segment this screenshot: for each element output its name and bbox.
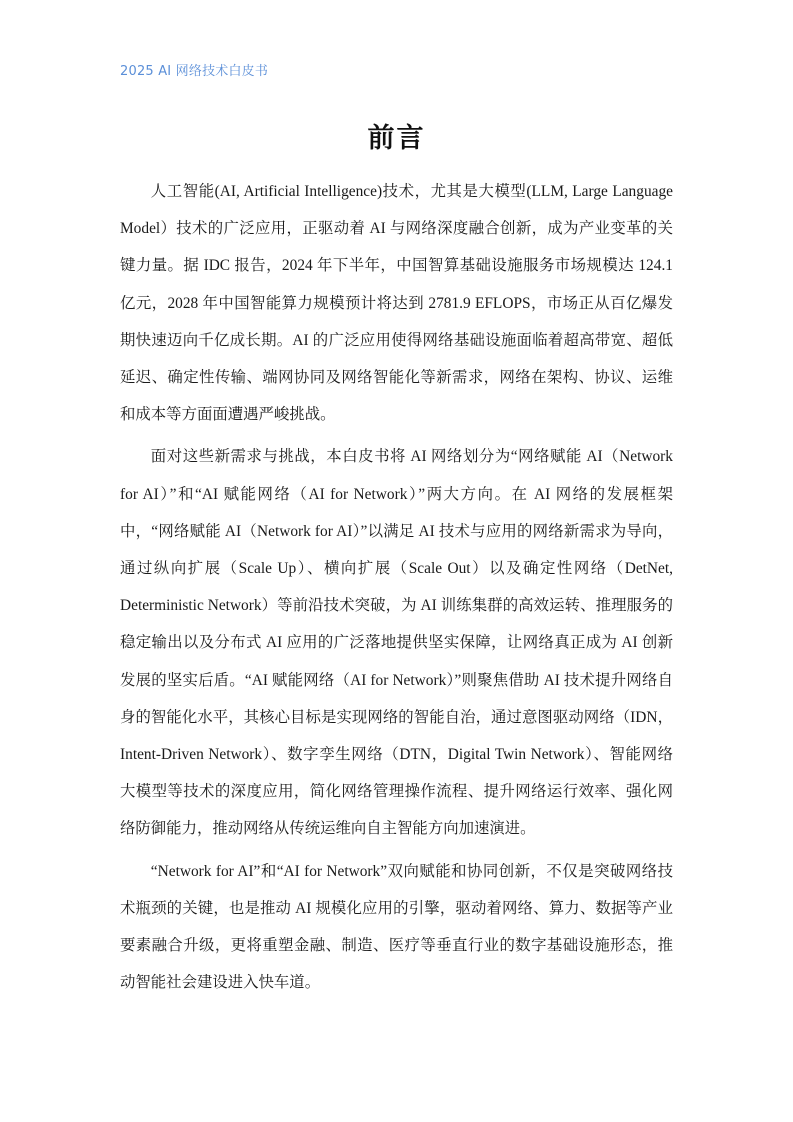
- paragraph-2: 面对这些新需求与挑战，本白皮书将 AI 网络划分为“网络赋能 AI（Networ…: [120, 438, 673, 847]
- page-title: 前言: [0, 116, 793, 155]
- paragraph-3: “Network for AI”和“AI for Network”双向赋能和协同…: [120, 853, 673, 1002]
- paragraph-1: 人工智能(AI, Artificial Intelligence)技术，尤其是大…: [120, 173, 673, 433]
- preface-body: 人工智能(AI, Artificial Intelligence)技术，尤其是大…: [120, 173, 673, 1006]
- running-header: 2025 AI 网络技术白皮书: [120, 60, 268, 79]
